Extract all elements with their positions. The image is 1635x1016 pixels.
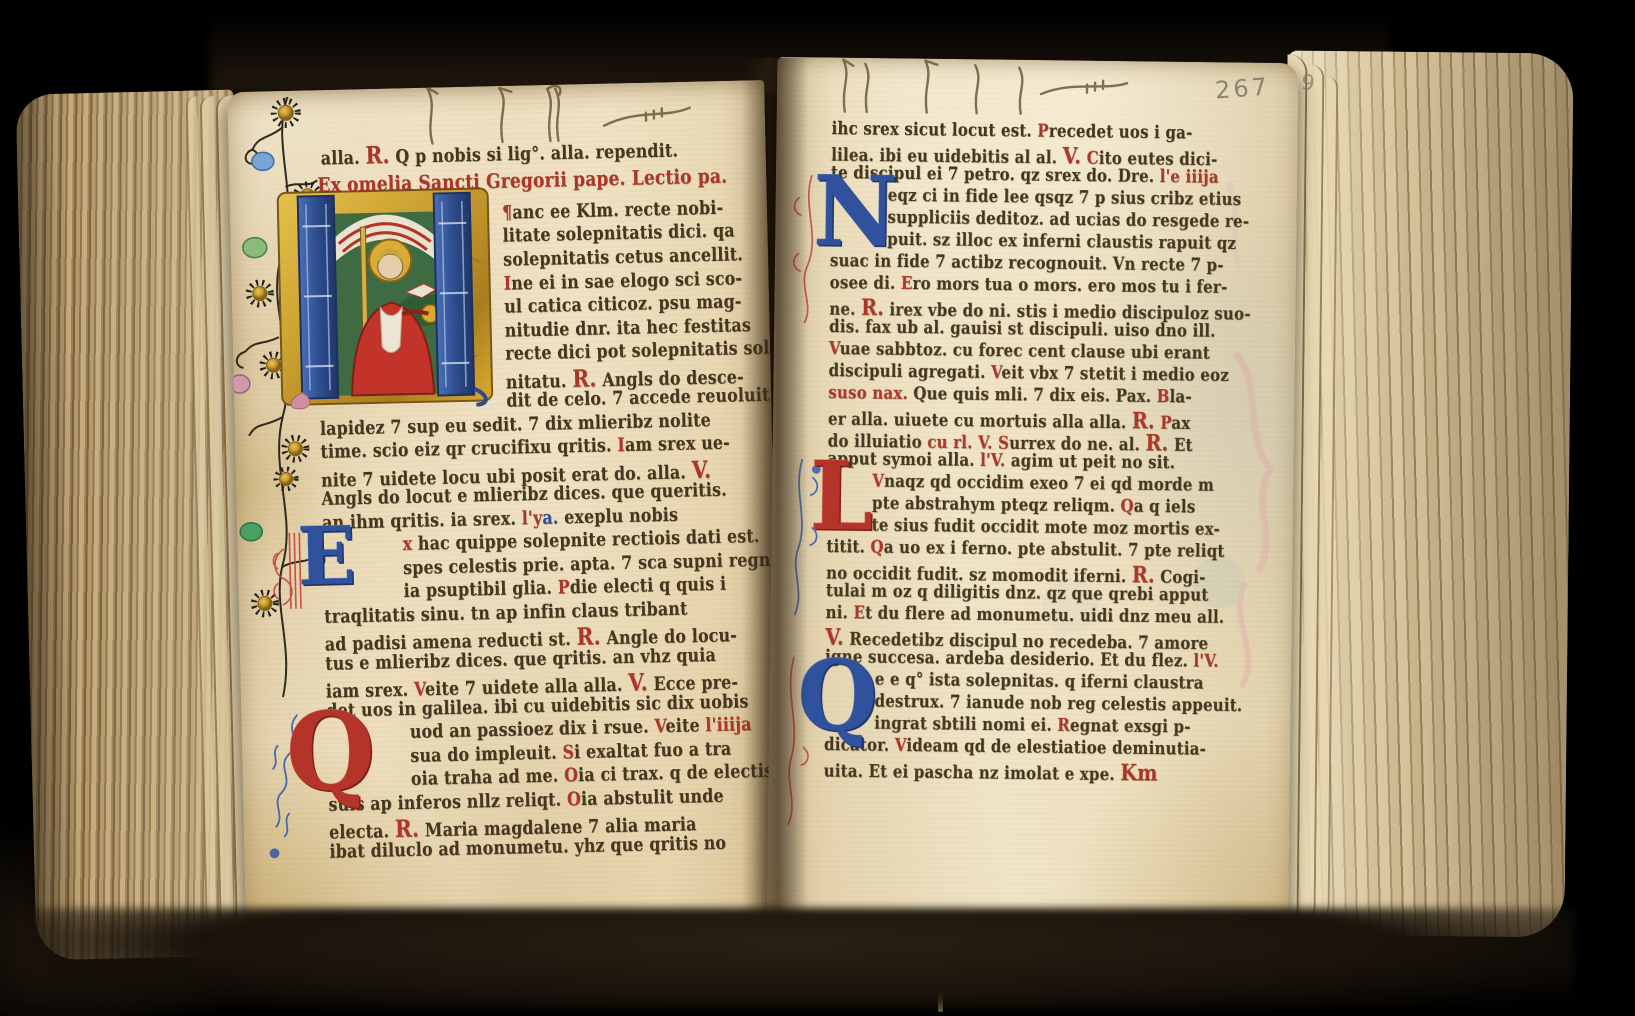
text-segment: egnat exsgi p- xyxy=(1070,714,1191,737)
manuscript-text-line: ingrat sbtili nomi ei. Regnat exsgi p- xyxy=(874,712,1191,737)
text-segment: discipuli agregati. xyxy=(828,359,991,382)
text-segment: P xyxy=(557,576,570,599)
manuscript-text-line: uita. Et ei pascha nz imolat e xpe. Km xyxy=(824,755,1158,786)
text-segment: R. xyxy=(365,141,390,170)
text-segment: ihc srex sicut locut est. xyxy=(831,118,1037,142)
text-segment: eit vbx 7 stetit i medio eoz xyxy=(1001,362,1229,386)
text-segment: uita. Et ei pascha nz imolat e xpe. xyxy=(824,760,1121,785)
text-segment: l'V. xyxy=(1193,650,1219,672)
text-segment: agim ut peit no sit. xyxy=(1005,450,1175,473)
text-segment: V xyxy=(895,734,907,755)
left-page: alla. R. Q p nobis si lig°. alla. repend… xyxy=(227,80,783,956)
historiated-initial-h xyxy=(275,182,496,411)
text-segment: O xyxy=(564,763,578,786)
text-segment: oia traha ad me. xyxy=(411,764,565,790)
text-segment: ingrat sbtili nomi ei. xyxy=(874,712,1057,735)
text-segment: a q iels xyxy=(1134,495,1196,517)
text-segment: ul catica citicoz. psu mag- xyxy=(504,290,742,318)
red-penwork-n xyxy=(793,175,813,323)
manuscript-text-line: e e q° ista solepnitas. q iferni claustr… xyxy=(875,668,1204,693)
fore-edge-left xyxy=(15,89,254,960)
fore-edge-right: 9 xyxy=(1278,51,1573,938)
text-segment: exeplu nobis xyxy=(558,503,678,528)
manuscript-text-line: alla. R. Q p nobis si lig°. alla. repend… xyxy=(320,134,678,170)
text-segment: Q p nobis si lig°. alla. rependit. xyxy=(389,139,678,168)
manuscript-text-line: solepnitatis cetus ancellit. xyxy=(503,243,743,271)
manuscript-text-line: Ex omelia Sancti Gregorii pape. Lectio p… xyxy=(317,165,727,198)
text-segment: a uo ex i ferno. pte abstulit. 7 pte rel… xyxy=(884,536,1225,561)
text-segment: S xyxy=(562,741,574,764)
illuminated-initial-q: Q xyxy=(285,705,376,801)
text-segment: ro mors tua o mors. ero mos tu i fer- xyxy=(912,273,1227,298)
manuscript-text-line: Vnaqz qd occidim exeo 7 ei qd morde m xyxy=(872,470,1214,495)
text-segment: ideam qd de elestiatioe deminutia- xyxy=(906,734,1206,759)
text-segment: ia psuptibil glia. xyxy=(403,576,558,602)
text-segment: l'iiija xyxy=(705,712,752,735)
manuscript-text-line: pte abstrahym pteqz reliqm. Qa q iels xyxy=(872,492,1196,517)
text-segment: x xyxy=(402,532,418,555)
manuscript-text-line: ul catica citicoz. psu mag- xyxy=(504,290,742,318)
text-segment: Que quis mli. 7 dix eis. Pax. xyxy=(913,383,1157,407)
text-segment: pte abstrahym pteqz reliqm. xyxy=(872,492,1121,516)
text-segment: suso nax. xyxy=(828,381,913,403)
text-segment: P xyxy=(1037,120,1049,141)
text-segment: V xyxy=(654,714,666,737)
text-segment: alla. xyxy=(321,146,366,169)
manuscript-text-line: dit de celo. 7 accede reuoluit xyxy=(506,383,770,411)
text-segment: eite xyxy=(665,714,705,737)
text-segment: solepnitatis cetus ancellit. xyxy=(503,243,743,271)
text-segment: uod an passioez dix i rsue. xyxy=(410,715,655,743)
text-segment: V xyxy=(991,361,1002,382)
text-segment: e e q° ista solepnitas. q iferni claustr… xyxy=(875,668,1204,693)
text-segment: Km xyxy=(1120,759,1158,787)
manuscript-text-line: litate solepnitatis dici. qa xyxy=(502,219,735,247)
text-segment: ni. xyxy=(825,601,853,623)
text-segment: B xyxy=(1157,386,1170,407)
text-segment: die electi q quis i xyxy=(570,572,727,598)
text-segment: l'y xyxy=(521,506,542,529)
text-segment: naqz qd occidim exeo 7 ei qd morde m xyxy=(884,470,1214,495)
book-bottom-shadow xyxy=(14,908,1574,1008)
text-segment: la- xyxy=(1169,386,1192,408)
text-segment: O xyxy=(567,787,581,810)
illuminated-initial-e: E xyxy=(297,521,357,593)
text-segment: Q xyxy=(1120,495,1134,516)
painted-leaves xyxy=(227,152,282,541)
text-segment: litate solepnitatis dici. qa xyxy=(502,219,735,247)
text-segment: dit de celo. 7 accede reuoluit xyxy=(506,383,770,411)
text-segment: a. xyxy=(542,506,559,529)
text-segment: ia abstulit unde xyxy=(581,784,724,810)
text-segment: i exaltat fuo a tra xyxy=(574,737,732,763)
text-segment: V xyxy=(872,470,884,491)
text-segment: osee di. xyxy=(830,272,901,294)
text-segment: l'e iiija xyxy=(1160,166,1219,188)
text-segment: V xyxy=(829,338,840,359)
illuminated-initial-n: N xyxy=(813,169,898,255)
text-segment: Ex omelia Sancti Gregorii pape. Lectio p… xyxy=(317,165,727,198)
right-page: 267 xyxy=(767,57,1299,943)
illuminated-initial-q: Q xyxy=(797,653,878,739)
text-segment: ia ci trax. q de electis xyxy=(578,759,773,786)
photo-background: 9 xyxy=(0,0,1635,1016)
text-segment: E xyxy=(853,602,865,623)
text-segment: recedet uos i ga- xyxy=(1049,120,1193,143)
text-segment: R xyxy=(1057,714,1070,735)
text-segment: l'V. xyxy=(980,449,1006,471)
text-segment: am srex ue- xyxy=(625,431,730,456)
text-segment: E xyxy=(901,272,913,293)
illuminated-initial-l: L xyxy=(810,455,874,539)
text-segment: sua do impleuit. xyxy=(410,741,563,767)
